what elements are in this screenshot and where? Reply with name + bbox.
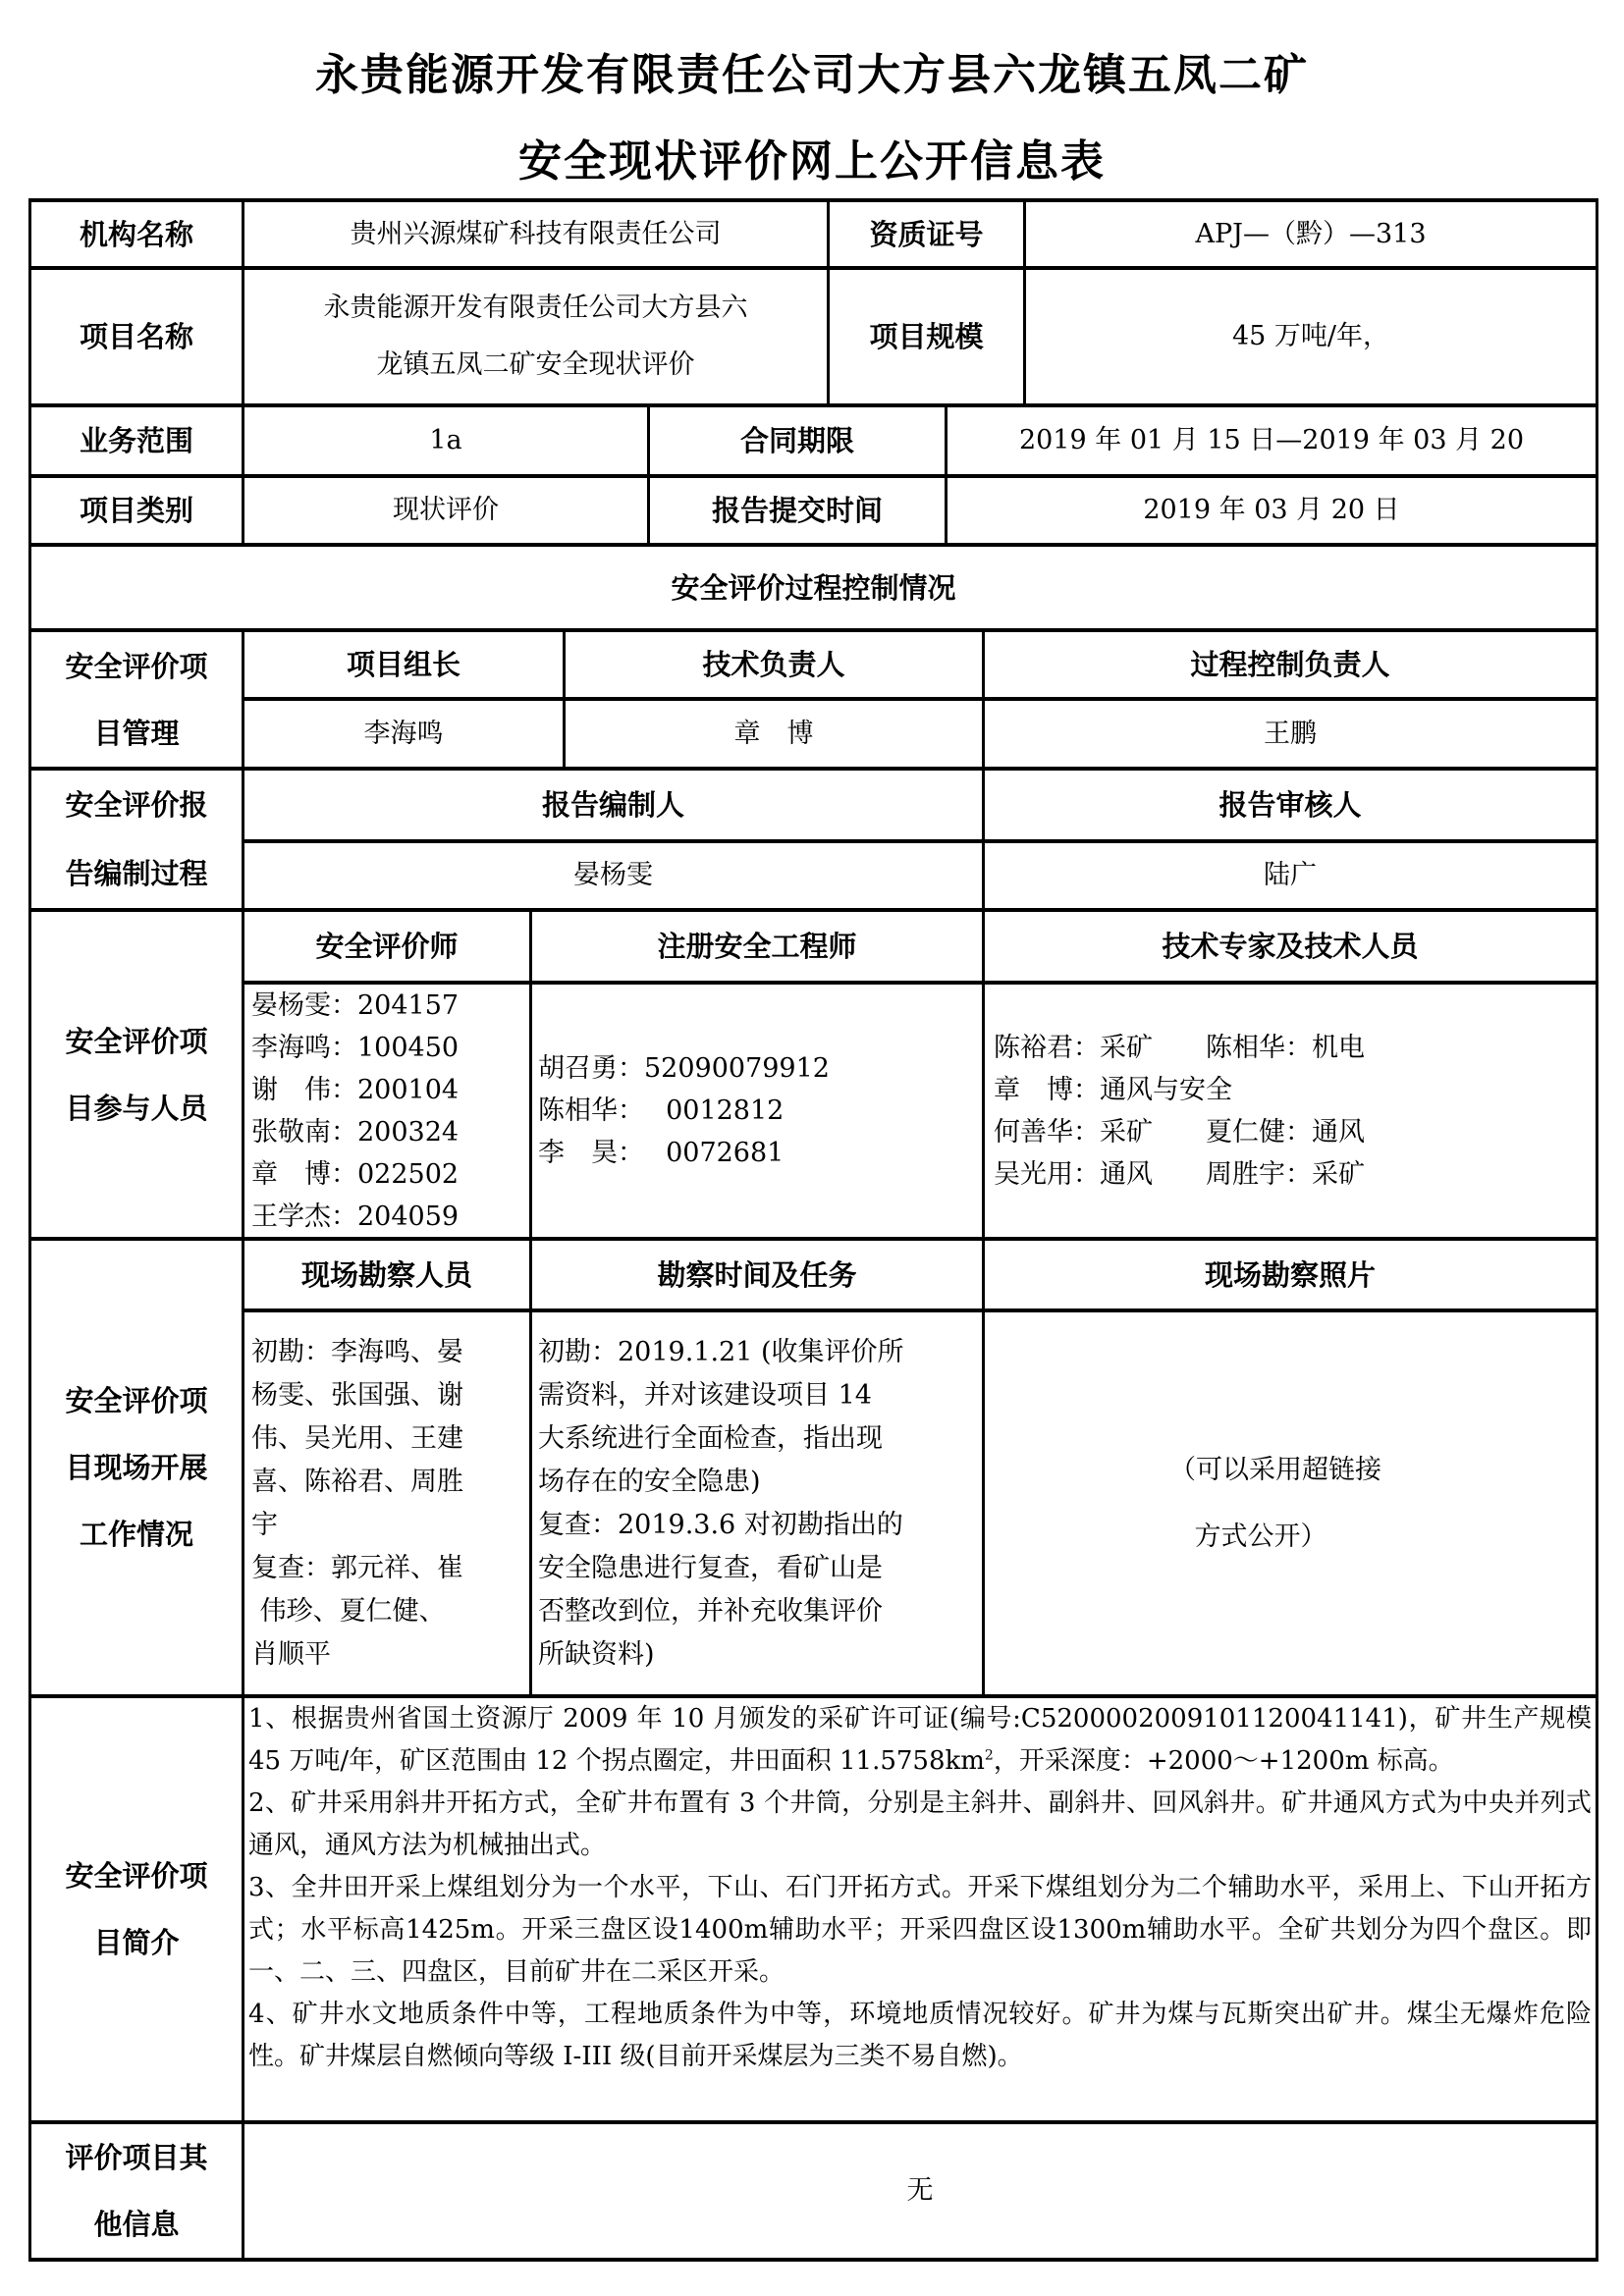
list-item: 张敬南：200324 xyxy=(251,1111,459,1153)
team-leader-value: 李海鸣 xyxy=(244,701,563,767)
label-line: 目参与人员 xyxy=(65,1075,207,1142)
label-line: 工作情况 xyxy=(80,1501,193,1568)
project-type-value: 现状评价 xyxy=(244,478,647,543)
text-line: 喜、陈裕君、周胜 xyxy=(251,1461,463,1504)
list-item: 吴光用：通风 周胜宇：采矿 xyxy=(994,1153,1365,1196)
label-line: 告编制过程 xyxy=(65,839,207,908)
header-engineers: 注册安全工程师 xyxy=(532,912,982,981)
report-reviewer-value: 陆广 xyxy=(985,843,1596,908)
management-label: 安全评价项 目管理 xyxy=(31,632,242,767)
list-item: 谢 伟：200104 xyxy=(251,1069,459,1111)
superscript: 2 xyxy=(985,1747,994,1763)
text-line: 需资料，并对该建设项目 14 xyxy=(538,1374,904,1417)
business-scope-value: 1a xyxy=(244,407,647,474)
list-item: 晏杨雯：204157 xyxy=(251,985,459,1027)
header-process-lead: 过程控制负责人 xyxy=(985,632,1596,697)
document-title-line1: 永贵能源开发有限责任公司大方县六龙镇五凤二矿 xyxy=(0,39,1624,102)
project-type-label: 项目类别 xyxy=(31,478,242,543)
project-scale-value: 45 万吨/年， xyxy=(1026,270,1596,403)
label-line: 安全评价报 xyxy=(65,771,207,839)
text-line: 复查：郭元祥、崔 xyxy=(251,1547,463,1590)
header-site-photos: 现场勘察照片 xyxy=(985,1241,1596,1308)
business-scope-label: 业务范围 xyxy=(31,407,242,474)
list-item: 章 博：022502 xyxy=(251,1153,459,1196)
label-line: 安全评价项 xyxy=(65,1008,207,1075)
intro-label: 安全评价项 目简介 xyxy=(31,1698,242,2120)
org-name-label: 机构名称 xyxy=(31,202,242,266)
other-info-value: 无 xyxy=(244,2124,1596,2258)
org-name-value: 贵州兴源煤矿科技有限责任公司 xyxy=(244,202,827,266)
intro-paragraph-4: 4、矿井水文地质条件中等，工程地质条件为中等，环境地质情况较好。矿井为煤与瓦斯突… xyxy=(248,1994,1592,2078)
project-name-line2: 龙镇五凤二矿安全现状评价 xyxy=(377,337,695,394)
site-tasks-list: 初勘：2019.1.21 (收集评价所 需资料，并对该建设项目 14 大系统进行… xyxy=(538,1312,982,1694)
project-scale-label: 项目规模 xyxy=(830,270,1023,403)
project-intro-text: 1、根据贵州省国土资源厅 2009 年 10 月颁发的采矿许可证(编号:C520… xyxy=(248,1698,1592,2078)
engineers-list: 胡召勇：52090079912 陈相华： 0012812 李 昊： 007268… xyxy=(538,985,982,1237)
list-item: 李 昊： 0072681 xyxy=(538,1132,830,1174)
text-line: 安全隐患进行复查，看矿山是 xyxy=(538,1547,904,1590)
header-report-reviewer: 报告审核人 xyxy=(985,771,1596,839)
report-process-label: 安全评价报 告编制过程 xyxy=(31,771,242,908)
report-date-label: 报告提交时间 xyxy=(650,478,945,543)
header-report-author: 报告编制人 xyxy=(244,771,982,839)
header-evaluators: 安全评价师 xyxy=(244,912,529,981)
contract-period-label: 合同期限 xyxy=(650,407,945,474)
header-experts: 技术专家及技术人员 xyxy=(985,912,1596,981)
intro-text: ，开采深度：+2000～+1200m 标高。 xyxy=(994,1746,1454,1776)
list-item: 陈相华： 0012812 xyxy=(538,1090,830,1132)
intro-paragraph-1: 1、根据贵州省国土资源厅 2009 年 10 月颁发的采矿许可证(编号:C520… xyxy=(248,1698,1592,1783)
list-item: 陈裕君：采矿 陈相华：机电 xyxy=(994,1027,1365,1069)
project-name-value: 永贵能源开发有限责任公司大方县六 龙镇五凤二矿安全现状评价 xyxy=(244,270,827,403)
cert-no-value: APJ—（黔）—313 xyxy=(1026,202,1596,266)
header-team-leader: 项目组长 xyxy=(244,632,563,697)
label-line: 目现场开展 xyxy=(65,1434,207,1501)
text-line: 大系统进行全面检查，指出现 xyxy=(538,1417,904,1461)
label-line: 安全评价项 xyxy=(65,1367,207,1434)
table-border-right xyxy=(1596,198,1598,2262)
cert-no-label: 资质证号 xyxy=(830,202,1023,266)
intro-paragraph-2: 2、矿井采用斜井开拓方式，全矿井布置有 3 个井筒，分别是主斜井、副斜井、回风斜… xyxy=(248,1783,1592,1867)
experts-list: 陈裕君：采矿 陈相华：机电 章 博：通风与安全 何善华：采矿 夏仁健：通风 吴光… xyxy=(994,985,1596,1237)
report-date-value: 2019 年 03 月 20 日 xyxy=(947,478,1596,543)
site-staff-list: 初勘：李海鸣、晏 杨雯、张国强、谢 伟、吴光用、王建 喜、陈裕君、周胜 宇 复查… xyxy=(251,1312,529,1694)
header-tech-lead: 技术负责人 xyxy=(566,632,982,697)
intro-paragraph-3: 3、全井田开采上煤组划分为一个水平，下山、石门开拓方式。开采下煤组划分为二个辅助… xyxy=(248,1867,1592,1994)
list-item: 胡召勇：52090079912 xyxy=(538,1047,830,1090)
process-lead-value: 王鹏 xyxy=(985,701,1596,767)
text-line: 伟、吴光用、王建 xyxy=(251,1417,463,1461)
table-border-bottom xyxy=(28,2258,1598,2262)
report-author-value: 晏杨雯 xyxy=(244,843,982,908)
site-work-label: 安全评价项 目现场开展 工作情况 xyxy=(31,1241,242,1694)
section-title: 安全评价过程控制情况 xyxy=(31,547,1596,628)
list-item: 何善华：采矿 夏仁健：通风 xyxy=(994,1111,1365,1153)
site-photos-cell[interactable]: （可以采用超链接 方式公开） xyxy=(985,1312,1596,1694)
text-line: 否整改到位，并补充收集评价 xyxy=(538,1590,904,1633)
label-line: 他信息 xyxy=(93,2191,179,2258)
project-name-label: 项目名称 xyxy=(31,270,242,403)
contract-period-value: 2019 年 01 月 15 日—2019 年 03 月 20 xyxy=(947,407,1596,474)
text-line: 杨雯、张国强、谢 xyxy=(251,1374,463,1417)
list-item: 李海鸣：100450 xyxy=(251,1027,459,1069)
header-site-tasks: 勘察时间及任务 xyxy=(532,1241,982,1308)
list-item: 王学杰：204059 xyxy=(251,1196,459,1238)
label-line: 安全评价项 xyxy=(65,633,207,700)
document-title-line2: 安全现状评价网上公开信息表 xyxy=(0,126,1624,188)
list-item: 章 博：通风与安全 xyxy=(994,1069,1365,1111)
evaluators-list: 晏杨雯：204157 李海鸣：100450 谢 伟：200104 张敬南：200… xyxy=(251,985,529,1237)
header-site-staff: 现场勘察人员 xyxy=(244,1241,529,1308)
label-line: 安全评价项 xyxy=(65,1842,207,1909)
project-name-line1: 永贵能源开发有限责任公司大方县六 xyxy=(324,280,748,337)
label-line: 目管理 xyxy=(93,700,179,767)
text-line: 初勘：李海鸣、晏 xyxy=(251,1331,463,1374)
text-line: 初勘：2019.1.21 (收集评价所 xyxy=(538,1331,904,1374)
other-info-label: 评价项目其 他信息 xyxy=(31,2124,242,2258)
label-line: 评价项目其 xyxy=(65,2124,207,2191)
text-line: 所缺资料) xyxy=(538,1633,904,1677)
site-photos-note-line2: 方式公开） xyxy=(1195,1504,1327,1571)
text-line: 伟珍、夏仁健、 xyxy=(251,1590,463,1633)
participants-label: 安全评价项 目参与人员 xyxy=(31,912,242,1237)
tech-lead-value: 章 博 xyxy=(566,701,982,767)
text-line: 复查：2019.3.6 对初勘指出的 xyxy=(538,1504,904,1547)
text-line: 场存在的安全隐患) xyxy=(538,1461,904,1504)
site-photos-note-line1: （可以采用超链接 xyxy=(1169,1437,1381,1504)
text-line: 宇 xyxy=(251,1504,463,1547)
label-line: 目简介 xyxy=(93,1909,179,1976)
text-line: 肖顺平 xyxy=(251,1633,463,1677)
